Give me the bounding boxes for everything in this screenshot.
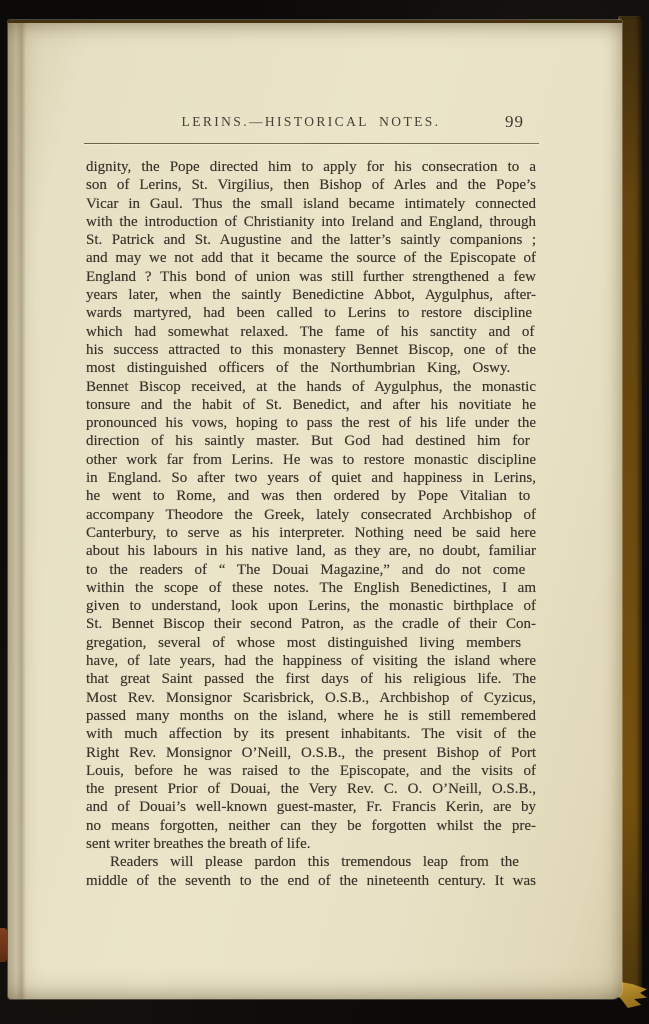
text-line: that great Saint passed the first days o…: [86, 670, 536, 688]
text-line: about his labours in his native land, as…: [86, 542, 536, 560]
text-line: tonsure and the habit of St. Benedict, a…: [86, 396, 536, 414]
text-line: to the readers of “ The Douai Magazine,”…: [86, 561, 536, 579]
text-line: middle of the seventh to the end of the …: [86, 872, 536, 890]
text-line: the present Prior of Douai, the Very Rev…: [86, 780, 536, 798]
text-line: Most Rev. Monsignor Scarisbrick, O.S.B.,…: [86, 689, 536, 707]
text-line: and of Douai’s well-known guest-master, …: [86, 798, 536, 816]
text-line: Bennet Biscop received, at the hands of …: [86, 378, 536, 396]
text-line: given to understand, look upon Lerins, t…: [86, 597, 536, 615]
text-line: have, of late years, had the happiness o…: [86, 652, 536, 670]
text-line: Louis, before he was raised to the Episc…: [86, 762, 536, 780]
page-number: 99: [505, 112, 524, 132]
text-line: no means forgotten, neither can they be …: [86, 817, 536, 835]
text-line: and may we not add that it became the so…: [86, 249, 536, 267]
text-line: most distinguished officers of the North…: [86, 359, 536, 377]
page-header: LERINS.—HISTORICAL NOTES. 99: [86, 114, 536, 134]
text-line: sent writer breathes the breath of life.: [86, 835, 536, 853]
text-line: in England. So after two years of quiet …: [86, 469, 536, 487]
text-line: wards martyred, had been called to Lerin…: [86, 304, 536, 322]
text-line: accompany Theodore the Greek, lately con…: [86, 506, 536, 524]
text-line: son of Lerins, St. Virgilius, then Bisho…: [86, 176, 536, 194]
text-line: with much affection by its present inhab…: [86, 725, 536, 743]
text-line: England ? This bond of union was still f…: [86, 268, 536, 286]
text-line: St. Bennet Biscop their second Patron, a…: [86, 615, 536, 633]
text-line: he went to Rome, and was then ordered by…: [86, 487, 536, 505]
text-line: Readers will please pardon this tremendo…: [86, 853, 536, 871]
text-line: his success attracted to this monastery …: [86, 341, 536, 359]
text-line: with the introduction of Christianity in…: [86, 213, 536, 231]
text-line: years later, when the saintly Benedictin…: [86, 286, 536, 304]
text-line: St. Patrick and St. Augustine and the la…: [86, 231, 536, 249]
spine-fragment: [0, 928, 7, 962]
book-page: LERINS.—HISTORICAL NOTES. 99 dignity, th…: [8, 20, 622, 999]
running-head-title: LERINS.—HISTORICAL NOTES.: [86, 114, 536, 130]
text-line: direction of his saintly master. But God…: [86, 432, 536, 450]
page-gutter-shadow: [16, 23, 26, 999]
text-line: which had somewhat relaxed. The fame of …: [86, 323, 536, 341]
page-body-lines: dignity, the Pope directed him to apply …: [86, 158, 536, 890]
text-line: Right Rev. Monsignor O’Neill, O.S.B., th…: [86, 744, 536, 762]
text-line: passed many months on the island, where …: [86, 707, 536, 725]
text-line: gregation, several of whose most disting…: [86, 634, 536, 652]
text-line: pronounced his vows, hoping to pass the …: [86, 414, 536, 432]
header-rule: [84, 143, 539, 144]
text-line: dignity, the Pope directed him to apply …: [86, 158, 536, 176]
text-line: other work far from Lerins. He was to re…: [86, 451, 536, 469]
text-line: Vicar in Gaul. Thus the small island bec…: [86, 195, 536, 213]
text-line: within the scope of these notes. The Eng…: [86, 579, 536, 597]
text-line: Canterbury, to serve as his interpreter.…: [86, 524, 536, 542]
